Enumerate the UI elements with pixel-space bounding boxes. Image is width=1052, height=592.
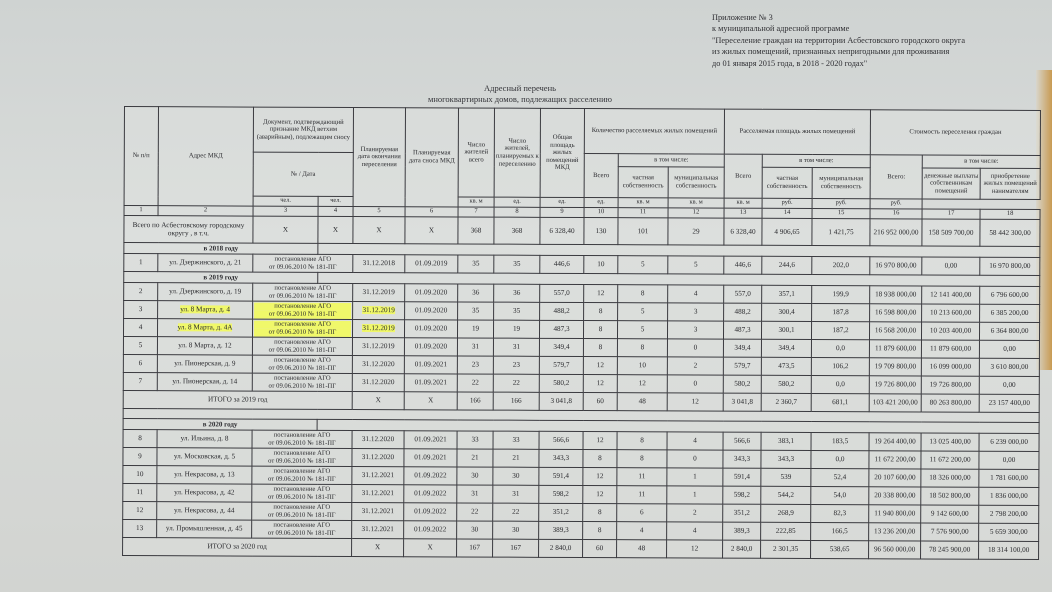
- column-number: 5: [353, 207, 405, 217]
- header-rooms-total: Всего: [584, 154, 618, 198]
- value-cell: 6 385 200,00: [980, 304, 1040, 322]
- value-cell: 58 442 300,00: [980, 219, 1040, 246]
- demolish-date: 01.09.2020: [405, 284, 458, 302]
- document-cell: постановление АГОот 09.06.2010 № 181-ПГ: [252, 448, 352, 466]
- value-cell: 52,4: [811, 469, 869, 487]
- value-cell: 4: [668, 285, 724, 303]
- address-text: ул. Дзержинского, д. 19: [169, 287, 241, 295]
- value-cell: 579,7: [539, 356, 583, 374]
- address-text: ул. Некрасова, д. 13: [174, 471, 234, 479]
- row-number: 5: [123, 337, 157, 355]
- value-cell: 591,4: [723, 468, 761, 486]
- value-cell: 11 879 600,00: [921, 340, 979, 358]
- value-cell: 19 264 400,00: [869, 433, 921, 451]
- value-cell: 557,0: [540, 284, 584, 302]
- document-ref: от 09.06.2010 № 181-ПГ: [254, 382, 351, 390]
- value-cell: 368: [458, 217, 494, 244]
- total-all-row: Всего по Асбестовскому городскому округу…: [124, 216, 1040, 247]
- value-cell: 10 213 600,00: [922, 304, 980, 322]
- value-cell: 0,00: [979, 340, 1039, 358]
- appendix-note: Приложение № 3 к муниципальной адресной …: [712, 12, 965, 69]
- address-cell: ул. Дзержинского, д. 21: [158, 254, 253, 272]
- value-cell: 473,5: [761, 357, 811, 375]
- column-number: 6: [405, 207, 458, 217]
- value-cell: 12: [583, 468, 617, 486]
- resettle-date: 31.12.2018: [353, 255, 405, 273]
- na-mark: Х: [404, 392, 457, 410]
- resettle-date-text: 31.12.2020: [362, 453, 394, 461]
- value-cell: 187,2: [812, 322, 870, 340]
- header-rooms-group: Количество расселяемых жилых помещений: [584, 109, 724, 155]
- value-cell: 33: [457, 431, 493, 449]
- document-cell: постановление АГОот 09.06.2010 № 181-ПГ: [252, 319, 352, 337]
- value-cell: 4 906,65: [762, 218, 812, 245]
- value-cell: 1 836 000,00: [979, 487, 1039, 505]
- header-cost-purchase: приобретение жилых помещений нанимателям: [980, 168, 1040, 199]
- resettle-date: 31.12.2021: [352, 520, 404, 538]
- value-cell: 7 576 900,00: [921, 523, 979, 541]
- document-cell: постановление АГОот 09.06.2010 № 181-ПГ: [252, 502, 352, 520]
- value-cell: 35: [458, 302, 494, 320]
- row-number: 7: [123, 372, 157, 390]
- value-cell: 12: [583, 357, 617, 375]
- row-number: 6: [123, 354, 157, 372]
- column-number: 17: [922, 209, 980, 219]
- document-ref: от 09.06.2010 № 181-ПГ: [253, 511, 350, 519]
- address-cell: ул. Пионерская, д. 14: [157, 373, 252, 391]
- header-plan-resettle: Планируемая дата окончания переселения: [353, 108, 405, 207]
- value-cell: 12: [667, 393, 723, 411]
- document-cell: постановление АГОот 09.06.2010 № 181-ПГ: [253, 254, 353, 272]
- value-cell: 3 610 800,00: [979, 358, 1039, 376]
- value-cell: 31: [493, 485, 539, 503]
- demolish-date: 01.09.2020: [405, 302, 458, 320]
- unit-label: руб.: [762, 198, 812, 208]
- demolish-date: 01.09.2020: [404, 338, 457, 356]
- value-cell: 12: [583, 486, 617, 504]
- na-mark: Х: [253, 216, 318, 243]
- document-cell: постановление АГОот 09.06.2010 № 181-ПГ: [252, 430, 352, 448]
- value-cell: 13 025 400,00: [921, 433, 979, 451]
- na-mark: Х: [352, 538, 404, 556]
- value-cell: 31: [493, 338, 539, 356]
- value-cell: 357,1: [762, 285, 812, 303]
- address-cell: ул. Некрасова, д. 42: [157, 484, 252, 502]
- value-cell: 20 107 600,00: [869, 469, 921, 487]
- demolish-date: 01.09.2020: [405, 320, 458, 338]
- value-cell: 18 938 000,00: [870, 286, 922, 304]
- value-cell: 11 940 800,00: [869, 505, 921, 523]
- value-cell: 300,4: [762, 303, 812, 321]
- value-cell: 343,3: [761, 450, 811, 468]
- value-cell: 216 952 000,00: [870, 219, 922, 246]
- address-cell: ул. 8 Марта, д. 12: [157, 337, 252, 355]
- value-cell: 8: [618, 285, 668, 303]
- resettle-date-text: 31.12.2021: [362, 507, 394, 515]
- column-number: 3: [253, 206, 318, 216]
- na-mark: Х: [318, 216, 353, 243]
- row-number: 13: [123, 519, 157, 537]
- value-cell: 36: [494, 284, 540, 302]
- resettle-date-text: 31.12.2020: [362, 435, 394, 443]
- document-cell: постановление АГОот 09.06.2010 № 181-ПГ: [252, 520, 352, 538]
- value-cell: 0: [667, 450, 723, 468]
- value-cell: 6 328,40: [724, 218, 762, 245]
- unit-label: ед.: [540, 197, 584, 207]
- address-cell: ул. Некрасова, д. 13: [157, 466, 252, 484]
- value-cell: 0,0: [811, 376, 869, 394]
- value-cell: 2 360,7: [761, 393, 811, 411]
- row-number: 1: [124, 254, 158, 272]
- unit-label: чел.: [318, 196, 353, 206]
- address-text: ул. Промышленная, д. 45: [166, 524, 243, 532]
- address-cell: ул. Ильина, д. 8: [157, 430, 252, 448]
- value-cell: 566,6: [539, 431, 583, 449]
- row-number: 11: [123, 483, 157, 501]
- address-cell: ул. Промышленная, д. 45: [157, 520, 252, 538]
- value-cell: 351,2: [539, 503, 583, 521]
- value-cell: 8: [583, 450, 617, 468]
- address-cell: ул. 8 Марта, д. 4А: [157, 319, 252, 337]
- value-cell: 13 236 200,00: [869, 523, 921, 541]
- value-cell: 351,2: [723, 504, 761, 522]
- resettle-date: 31.12.2019: [352, 337, 404, 355]
- value-cell: 349,4: [539, 338, 583, 356]
- resettlement-table: № п/п Адрес МКД Документ, подтверждающий…: [122, 106, 1041, 560]
- header-private: частная собственность: [762, 167, 812, 198]
- value-cell: 18 314 100,00: [979, 541, 1039, 559]
- value-cell: 681,1: [811, 394, 869, 412]
- value-cell: 30: [493, 521, 539, 539]
- value-cell: 166: [457, 392, 493, 410]
- value-cell: 349,4: [723, 339, 761, 357]
- value-cell: 3: [668, 303, 724, 321]
- unit-label: руб.: [812, 199, 870, 209]
- value-cell: 54,0: [811, 487, 869, 505]
- value-cell: 0,0: [811, 340, 869, 358]
- value-cell: 0,00: [922, 257, 980, 275]
- value-cell: 579,7: [723, 357, 761, 375]
- column-number: 16: [870, 209, 922, 219]
- value-cell: 2 840,0: [539, 539, 583, 557]
- demolish-date: 01.09.2021: [404, 374, 457, 392]
- address-text: ул. 8 Марта, д. 4: [180, 306, 230, 314]
- value-cell: 60: [583, 393, 617, 411]
- value-cell: 0,00: [979, 451, 1039, 469]
- section-label: в 2019 году: [124, 272, 318, 284]
- value-cell: 2: [667, 357, 723, 375]
- document-ref: от 09.06.2010 № 181-ПГ: [253, 457, 350, 465]
- value-cell: 349,4: [761, 339, 811, 357]
- value-cell: 244,6: [762, 256, 812, 274]
- value-cell: 8: [583, 339, 617, 357]
- value-cell: 11: [617, 486, 667, 504]
- value-cell: 2 301,35: [761, 540, 811, 558]
- subtotal-label: ИТОГО за 2019 год: [123, 390, 352, 409]
- value-cell: 35: [458, 255, 494, 273]
- value-cell: 183,5: [811, 433, 869, 451]
- document-cell: постановление АГОот 09.06.2010 № 181-ПГ: [253, 301, 353, 319]
- document-ref: от 09.06.2010 № 181-ПГ: [254, 310, 351, 318]
- address-text: ул. Пионерская, д. 14: [172, 378, 237, 386]
- value-cell: 9 142 600,00: [921, 505, 979, 523]
- resettle-date: 31.12.2021: [352, 466, 404, 484]
- value-cell: 103 421 200,00: [869, 394, 921, 412]
- column-number: 18: [980, 209, 1040, 219]
- unit-label: кв. м: [618, 198, 668, 208]
- value-cell: 368: [494, 217, 540, 244]
- value-cell: 580,2: [723, 375, 761, 393]
- demolish-date: 01.09.2019: [405, 255, 458, 273]
- value-cell: 268,9: [761, 504, 811, 522]
- section-label: в 2020 году: [123, 418, 317, 430]
- resettle-date-text: 31.12.2018: [363, 259, 395, 267]
- header-residents-plan: Число жителей, планируемых к переселению: [494, 108, 540, 197]
- document-ref: от 09.06.2010 № 181-ПГ: [254, 328, 351, 336]
- value-cell: 389,3: [539, 521, 583, 539]
- value-cell: 8: [584, 303, 618, 321]
- header-cost-group: Стоимость переселения граждан: [870, 110, 1040, 156]
- resettle-date-text: 31.12.2020: [362, 378, 394, 386]
- value-cell: 31: [457, 338, 493, 356]
- value-cell: 222,85: [761, 522, 811, 540]
- header-incl: в том числе:: [618, 154, 724, 167]
- header-residents: Число жителей всего: [458, 108, 494, 197]
- value-cell: 167: [457, 539, 493, 557]
- value-cell: 22: [493, 374, 539, 392]
- document-ref: от 09.06.2010 № 181-ПГ: [253, 475, 350, 483]
- subtotal-row: ИТОГО за 2020 годХХ1671672 840,06048122 …: [123, 537, 1039, 559]
- document-ref: от 09.06.2010 № 181-ПГ: [253, 493, 350, 501]
- value-cell: 60: [583, 540, 617, 558]
- appendix-line: к муниципальной адресной программе: [712, 23, 965, 34]
- value-cell: 21: [493, 449, 539, 467]
- value-cell: 1: [667, 468, 723, 486]
- value-cell: 2 798 200,00: [979, 505, 1039, 523]
- value-cell: 8: [617, 450, 667, 468]
- value-cell: 23: [493, 356, 539, 374]
- resettle-date: 31.12.2019: [353, 283, 405, 301]
- value-cell: 23: [457, 356, 493, 374]
- na-mark: Х: [404, 539, 457, 557]
- value-cell: 8: [617, 339, 667, 357]
- address-text: ул. Дзержинского, д. 21: [169, 258, 241, 266]
- value-cell: 29: [668, 218, 724, 245]
- value-cell: 82,3: [811, 505, 869, 523]
- value-cell: 19 726 800,00: [921, 376, 979, 394]
- value-cell: 16 099 000,00: [921, 358, 979, 376]
- value-cell: 16 970 800,00: [980, 257, 1040, 275]
- address-text: ул. Пионерская, д. 9: [174, 360, 235, 368]
- value-cell: 130: [584, 218, 618, 245]
- header-document: Документ, подтверждающий признание МКД в…: [253, 107, 353, 152]
- row-number: 4: [123, 319, 157, 337]
- na-mark: Х: [352, 391, 404, 409]
- value-cell: 202,0: [812, 257, 870, 275]
- value-cell: 598,2: [723, 486, 761, 504]
- document-cell: постановление АГОот 09.06.2010 № 181-ПГ: [252, 484, 352, 502]
- header-municipal: муниципальная собственность: [812, 168, 870, 199]
- value-cell: 18 502 800,00: [921, 487, 979, 505]
- value-cell: 8: [584, 321, 618, 339]
- document-cell: постановление АГОот 09.06.2010 № 181-ПГ: [252, 337, 352, 355]
- value-cell: 343,3: [539, 449, 583, 467]
- subtotal-label: ИТОГО за 2020 год: [123, 537, 352, 556]
- appendix-line: из жилых помещений, признанных непригодн…: [712, 46, 965, 57]
- value-cell: 487,3: [724, 321, 762, 339]
- value-cell: 598,2: [539, 485, 583, 503]
- value-cell: 1: [667, 486, 723, 504]
- header-incl: в том числе:: [922, 155, 1040, 169]
- column-number: 11: [618, 208, 668, 218]
- na-mark: Х: [405, 217, 458, 244]
- document-ref: от 09.06.2010 № 181-ПГ: [253, 529, 350, 537]
- address-cell: ул. Некрасова, д. 44: [157, 502, 252, 520]
- value-cell: 580,2: [761, 375, 811, 393]
- appendix-line: до 01 января 2015 года, в 2018 - 2020 го…: [712, 58, 965, 69]
- value-cell: 30: [457, 467, 493, 485]
- value-cell: 5: [618, 321, 668, 339]
- row-number: 9: [123, 447, 157, 465]
- value-cell: 6 364 800,00: [980, 322, 1040, 340]
- value-cell: 8: [583, 522, 617, 540]
- resettle-date: 31.12.2020: [352, 430, 404, 448]
- value-cell: 23 157 400,00: [979, 394, 1039, 412]
- value-cell: 8: [583, 504, 617, 522]
- value-cell: 48: [617, 540, 667, 558]
- value-cell: 16 970 800,00: [870, 257, 922, 275]
- value-cell: 18 326 000,00: [921, 469, 979, 487]
- value-cell: 566,6: [723, 432, 761, 450]
- value-cell: 11 672 200,00: [869, 451, 921, 469]
- value-cell: 187,8: [812, 304, 870, 322]
- unit-label: руб.: [870, 199, 922, 209]
- header-address: Адрес МКД: [158, 107, 253, 206]
- value-cell: 446,6: [540, 255, 584, 273]
- column-number: 7: [458, 207, 494, 217]
- address-text: ул. 8 Марта, д. 12: [178, 342, 231, 350]
- resettle-date-text: 31.12.2020: [362, 360, 394, 368]
- value-cell: 0,0: [811, 451, 869, 469]
- value-cell: 19 726 800,00: [869, 376, 921, 394]
- resettle-date-text: 31.12.2019: [363, 288, 395, 296]
- value-cell: 544,2: [761, 486, 811, 504]
- header-num: № п/п: [124, 107, 158, 206]
- total-all-label: Всего по Асбестовскому городскому округу…: [124, 216, 253, 244]
- demolish-date: 01.09.2021: [404, 356, 457, 374]
- value-cell: 300,1: [762, 321, 812, 339]
- resettle-date-text: 31.12.2019: [362, 306, 394, 314]
- value-cell: 167: [493, 539, 539, 557]
- row-number: 12: [123, 501, 157, 519]
- row-number: 2: [124, 283, 158, 301]
- resettle-date-text: 31.12.2021: [362, 471, 394, 479]
- value-cell: 580,2: [539, 374, 583, 392]
- value-cell: 5: [668, 256, 724, 274]
- resettle-date: 31.12.2019: [353, 301, 405, 319]
- value-cell: 36: [458, 284, 494, 302]
- column-number: 10: [584, 208, 618, 218]
- value-cell: 8: [617, 432, 667, 450]
- column-number: 1: [124, 206, 158, 216]
- value-cell: 538,65: [811, 541, 869, 559]
- value-cell: 12: [667, 540, 723, 558]
- value-cell: 80 263 800,00: [921, 394, 979, 412]
- value-cell: 158 509 700,00: [922, 219, 980, 246]
- value-cell: 11 879 600,00: [869, 340, 921, 358]
- value-cell: 4: [667, 522, 723, 540]
- header-incl: в том числе:: [762, 154, 870, 167]
- value-cell: 3 041,8: [723, 393, 761, 411]
- row-number: 3: [124, 301, 158, 319]
- address-text: ул. Некрасова, д. 42: [174, 489, 234, 497]
- value-cell: 2: [667, 504, 723, 522]
- value-cell: 10: [584, 256, 618, 274]
- column-number: 12: [668, 208, 724, 218]
- document-ref: от 09.06.2010 № 181-ПГ: [254, 364, 351, 372]
- value-cell: 10 203 400,00: [922, 322, 980, 340]
- header-cost-total: Всего:: [870, 155, 922, 199]
- document-cell: постановление АГОот 09.06.2010 № 181-ПГ: [252, 355, 352, 373]
- address-cell: ул. Пионерская, д. 9: [157, 355, 252, 373]
- column-number: 9: [540, 207, 584, 217]
- value-cell: 12: [583, 432, 617, 450]
- unit-label: кв. м: [458, 197, 494, 207]
- value-cell: 5: [618, 256, 668, 274]
- value-cell: 1 421,75: [812, 219, 870, 246]
- address-text: ул. 8 Марта, д. 4А: [178, 324, 233, 332]
- resettle-date-text: 31.12.2019: [362, 324, 394, 332]
- header-municipal: муниципальная собственность: [668, 167, 724, 198]
- title-line-1: Адресный перечень: [380, 83, 660, 94]
- header-cost-payments: денежные выплаты собственникам помещений: [922, 168, 980, 199]
- value-cell: 12: [583, 375, 617, 393]
- value-cell: 11 672 200,00: [921, 451, 979, 469]
- value-cell: 6: [617, 504, 667, 522]
- column-number: 8: [494, 207, 540, 217]
- value-cell: 20 338 800,00: [869, 487, 921, 505]
- value-cell: 30: [457, 521, 493, 539]
- header-doc-sub: № / Дата: [253, 152, 353, 196]
- value-cell: 3 041,8: [539, 392, 583, 410]
- address-cell: ул. Московская, д. 5: [157, 448, 252, 466]
- unit-label: кв. м: [668, 198, 724, 208]
- resettle-date: 31.12.2019: [353, 319, 405, 337]
- column-number: 14: [762, 208, 812, 218]
- demolish-date: 01.09.2021: [404, 449, 457, 467]
- value-cell: 488,2: [540, 302, 584, 320]
- resettle-date-text: 31.12.2021: [361, 525, 393, 533]
- address-text: ул. Ильина, д. 8: [181, 435, 229, 443]
- value-cell: 6 328,40: [540, 217, 584, 244]
- appendix-line: "Переселение граждан на территории Асбес…: [712, 35, 965, 46]
- value-cell: 5: [618, 303, 668, 321]
- value-cell: 488,2: [724, 303, 762, 321]
- unit-label: ед.: [584, 198, 618, 208]
- value-cell: 31: [457, 485, 493, 503]
- header-area-total: Общая площадь жилых помещений МКД: [540, 108, 584, 197]
- row-number: 8: [123, 429, 157, 447]
- title-line-2: многоквартирных домов, подлежащих рассел…: [380, 94, 660, 105]
- resettle-date-text: 31.12.2021: [362, 489, 394, 497]
- value-cell: 0,00: [979, 376, 1039, 394]
- value-cell: 22: [457, 374, 493, 392]
- value-cell: 10: [617, 357, 667, 375]
- value-cell: 3: [668, 321, 724, 339]
- demolish-date: 01.09.2022: [404, 467, 457, 485]
- value-cell: 383,1: [761, 432, 811, 450]
- resettle-date: 31.12.2020: [352, 355, 404, 373]
